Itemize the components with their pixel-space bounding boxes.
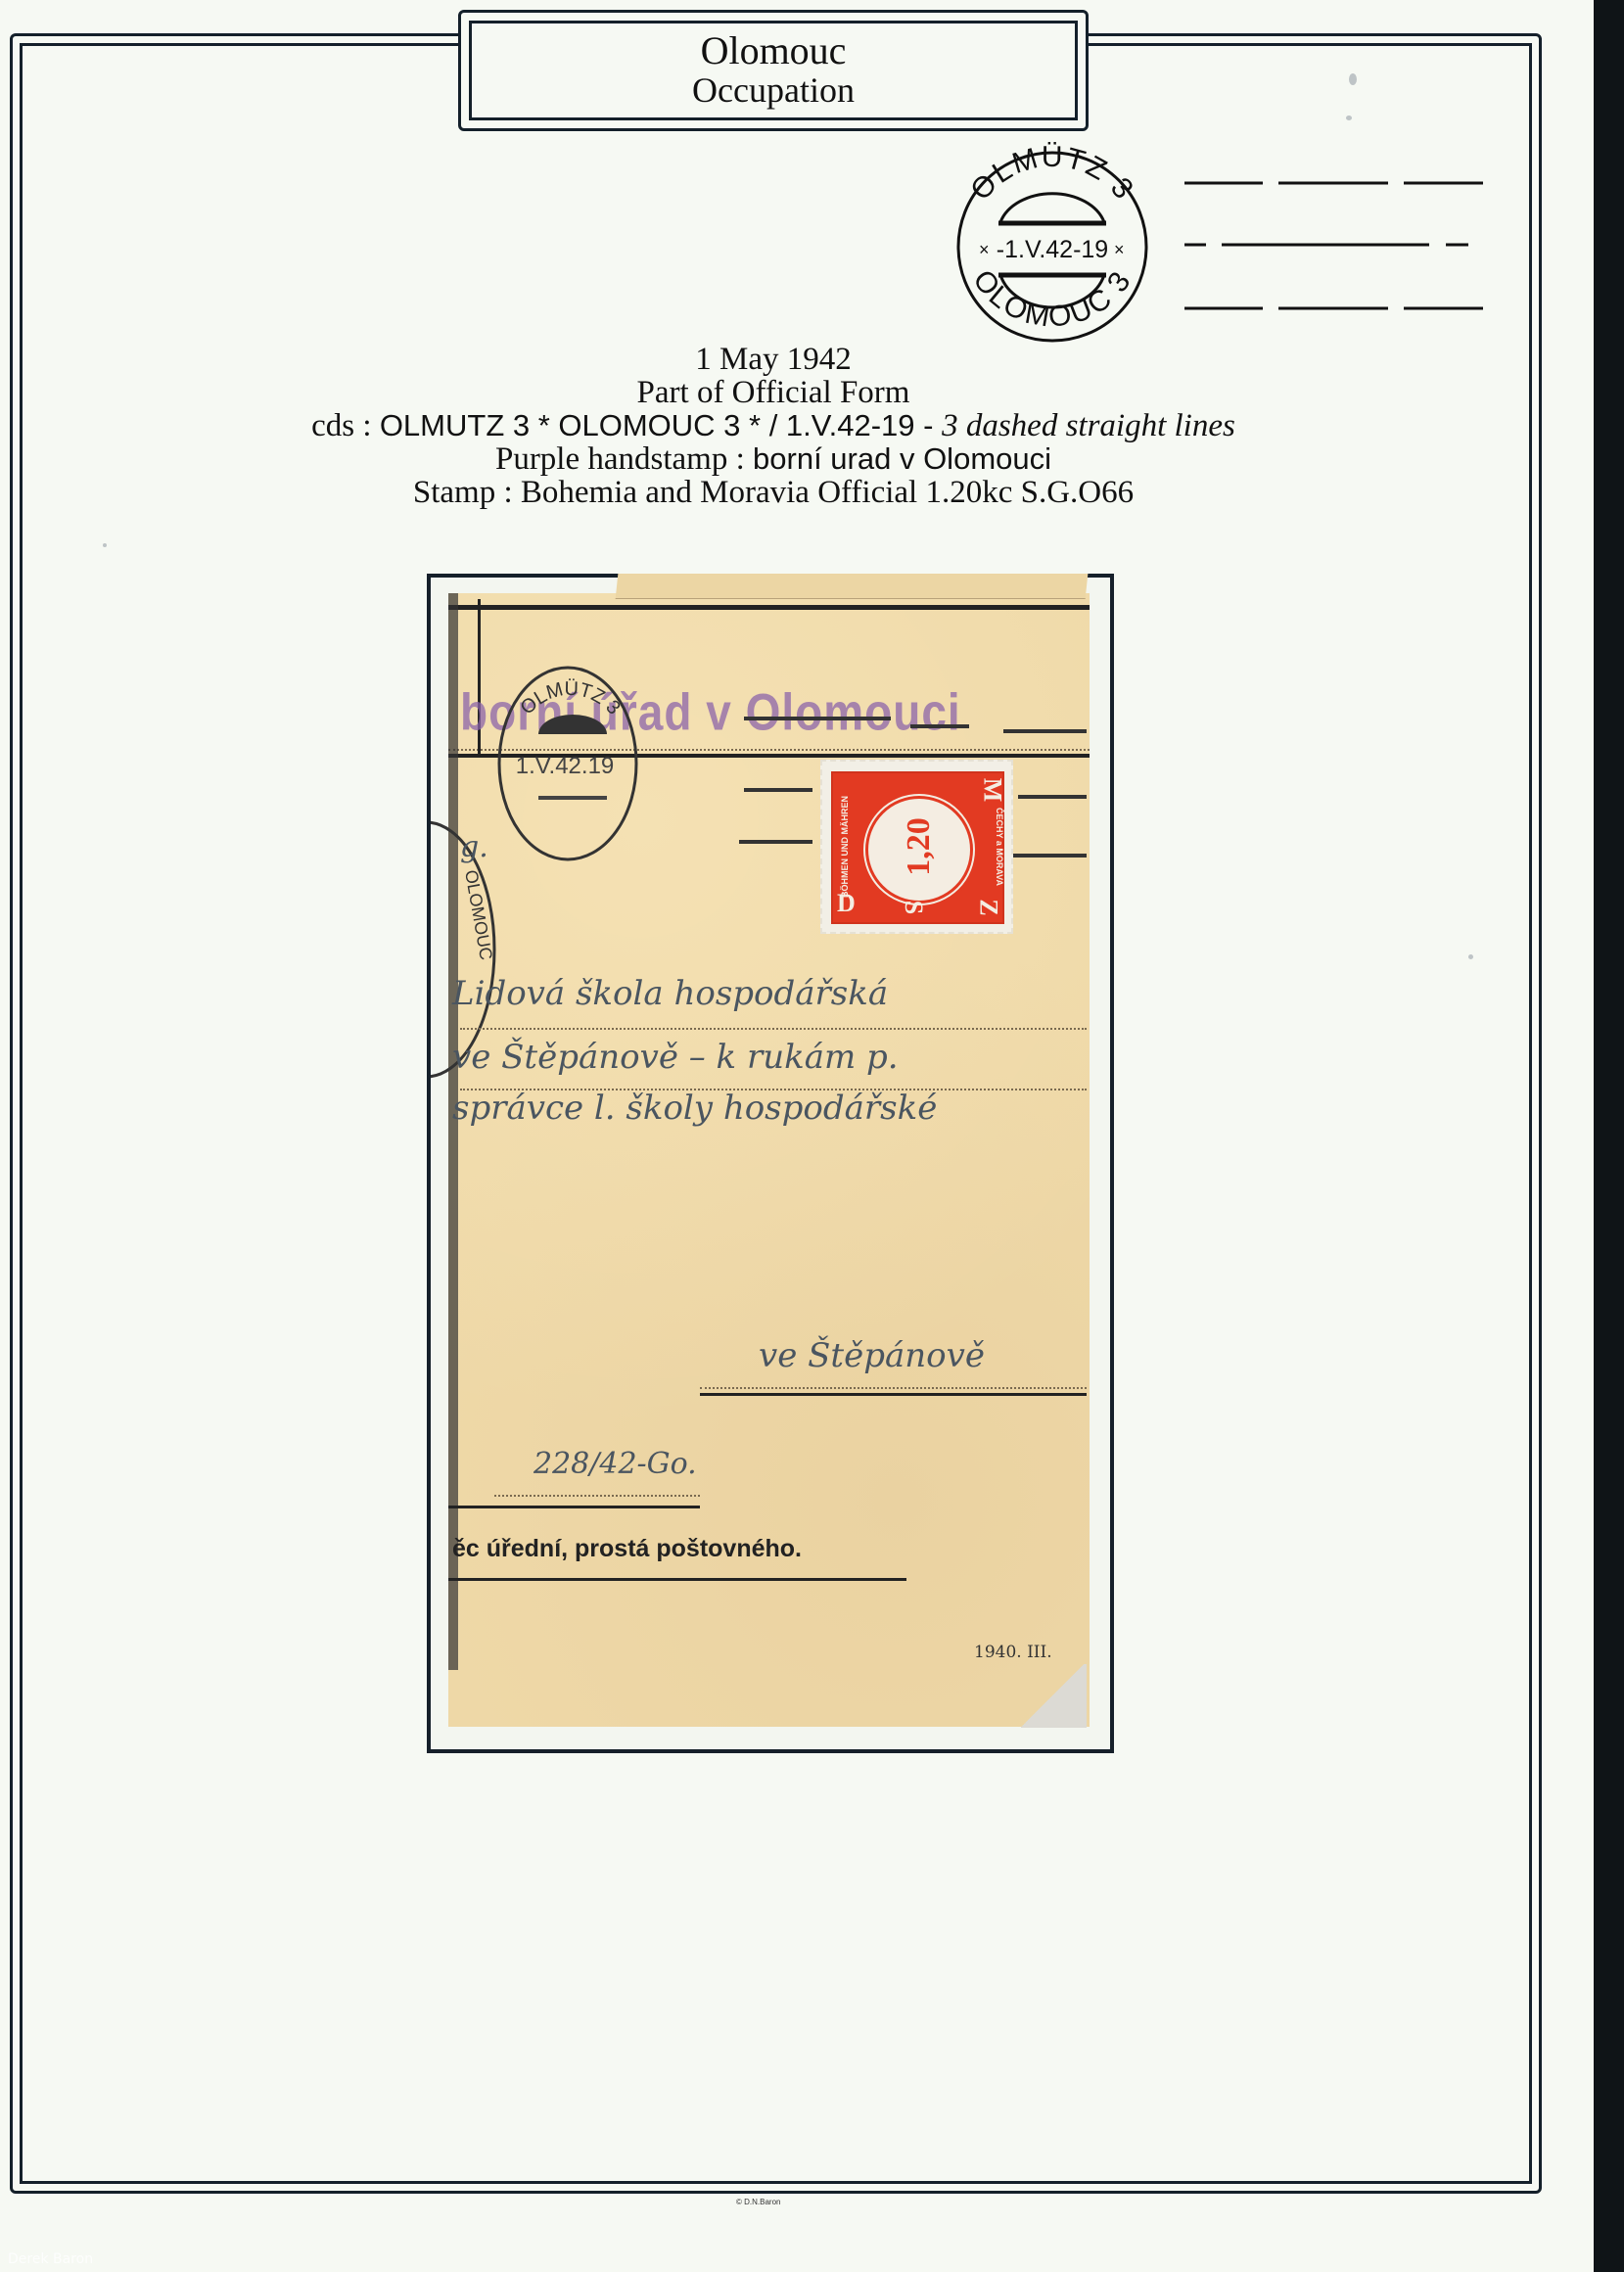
stamp-letter-s: S (899, 901, 928, 914)
handstamp-value: borní urad v Olomouci (753, 441, 1051, 476)
postmark-date: 1.V.42.19 (516, 753, 615, 779)
copyright-text: © D.N.Baron (736, 2198, 780, 2206)
description-stamp: Stamp : Bohemia and Moravia Official 1.2… (0, 476, 1547, 509)
handstamp-label: Purple handstamp : (495, 441, 753, 477)
place-rule (700, 1393, 1087, 1396)
description-date: 1 May 1942 (0, 343, 1547, 376)
stamp-letter-m: M (977, 778, 1006, 803)
postage-stamp: 1,20 D M S Z BÖHMEN UND MÄHREN ČECHY a M… (820, 760, 1013, 934)
reference-rule (448, 1506, 700, 1508)
watermark-text: Derek Baron (8, 2251, 93, 2267)
description-block: 1 May 1942 Part of Official Form cds : O… (0, 343, 1547, 509)
printed-text-rule (448, 1578, 906, 1581)
page-subtitle: Occupation (692, 70, 855, 110)
form-left-edge-mark (448, 593, 458, 1670)
cancel-dash (1013, 854, 1087, 858)
cancel-dash (744, 788, 812, 792)
handwritten-line-1: Lidová škola hospodářská (452, 974, 888, 1013)
cancel-dash (1003, 729, 1087, 733)
cds-star-right: × (1114, 240, 1125, 259)
title-box: Olomouc Occupation (458, 10, 1089, 131)
stamp-right-text: ČECHY a MORAVA (995, 808, 1004, 886)
cancel-dash (910, 724, 969, 728)
handwritten-line-3: správce l. školy hospodářské (452, 1089, 937, 1128)
description-handstamp: Purple handstamp : borní urad v Olomouci (0, 442, 1547, 476)
cds-note: 3 dashed straight lines (942, 408, 1235, 443)
cancel-dash (1018, 795, 1087, 799)
page-title: Olomouc (701, 31, 847, 70)
cds-value: OLMUTZ 3 * OLOMOUC 3 * / 1.V.42-19 - (380, 408, 942, 442)
stamp-value: 1,20 (901, 796, 938, 898)
cds-date: -1.V.42-19 (997, 236, 1108, 263)
title-box-inner: Olomouc Occupation (469, 21, 1078, 120)
stamp-design: 1,20 D M S Z BÖHMEN UND MÄHREN ČECHY a M… (831, 771, 1004, 924)
handwritten-line-2: ve Štěpánově – k rukám p. (452, 1038, 899, 1077)
printed-official-text: ěc úřední, prostá poštovného. (452, 1535, 802, 1563)
description-item: Part of Official Form (0, 376, 1547, 409)
cds-illustration-icon: OLMÜTZ 3 × -1.V.42-19 × OLOMOUC 3 (940, 142, 1165, 352)
scan-speck (1468, 954, 1473, 959)
scan-speck (1349, 73, 1357, 85)
handwritten-place: ve Štěpánově (759, 1336, 985, 1375)
address-dotted-1 (460, 1028, 1087, 1030)
description-cds: cds : OLMUTZ 3 * OLOMOUC 3 * / 1.V.42-19… (0, 409, 1547, 442)
stamp-left-text: BÖHMEN UND MÄHREN (840, 796, 850, 898)
place-dotted (700, 1387, 1087, 1389)
cancel-dash (739, 840, 812, 844)
cover-flap (616, 574, 1089, 599)
cover-postmark-icon: OLMÜTZ 3 1.V.42.19 (494, 666, 641, 866)
mount-corner-hinge (1018, 1664, 1087, 1728)
scan-edge-strip (1594, 0, 1624, 2272)
stamp-letter-z: Z (974, 899, 1003, 915)
scan-speck (1346, 116, 1352, 120)
handwritten-reference: 228/42-Go. (534, 1447, 697, 1481)
cds-label: cds : (311, 408, 380, 443)
dashed-lines-illustration (1184, 171, 1488, 318)
reference-dotted (494, 1495, 700, 1497)
form-top-rule (448, 605, 1090, 610)
cds-star-left: × (979, 240, 990, 259)
cancel-dash (744, 717, 891, 720)
scan-speck (103, 543, 107, 547)
form-code: 1940. III. (974, 1643, 1052, 1662)
stamp-wreath: 1,20 (860, 791, 978, 908)
handwritten-initial: g. (460, 830, 488, 864)
